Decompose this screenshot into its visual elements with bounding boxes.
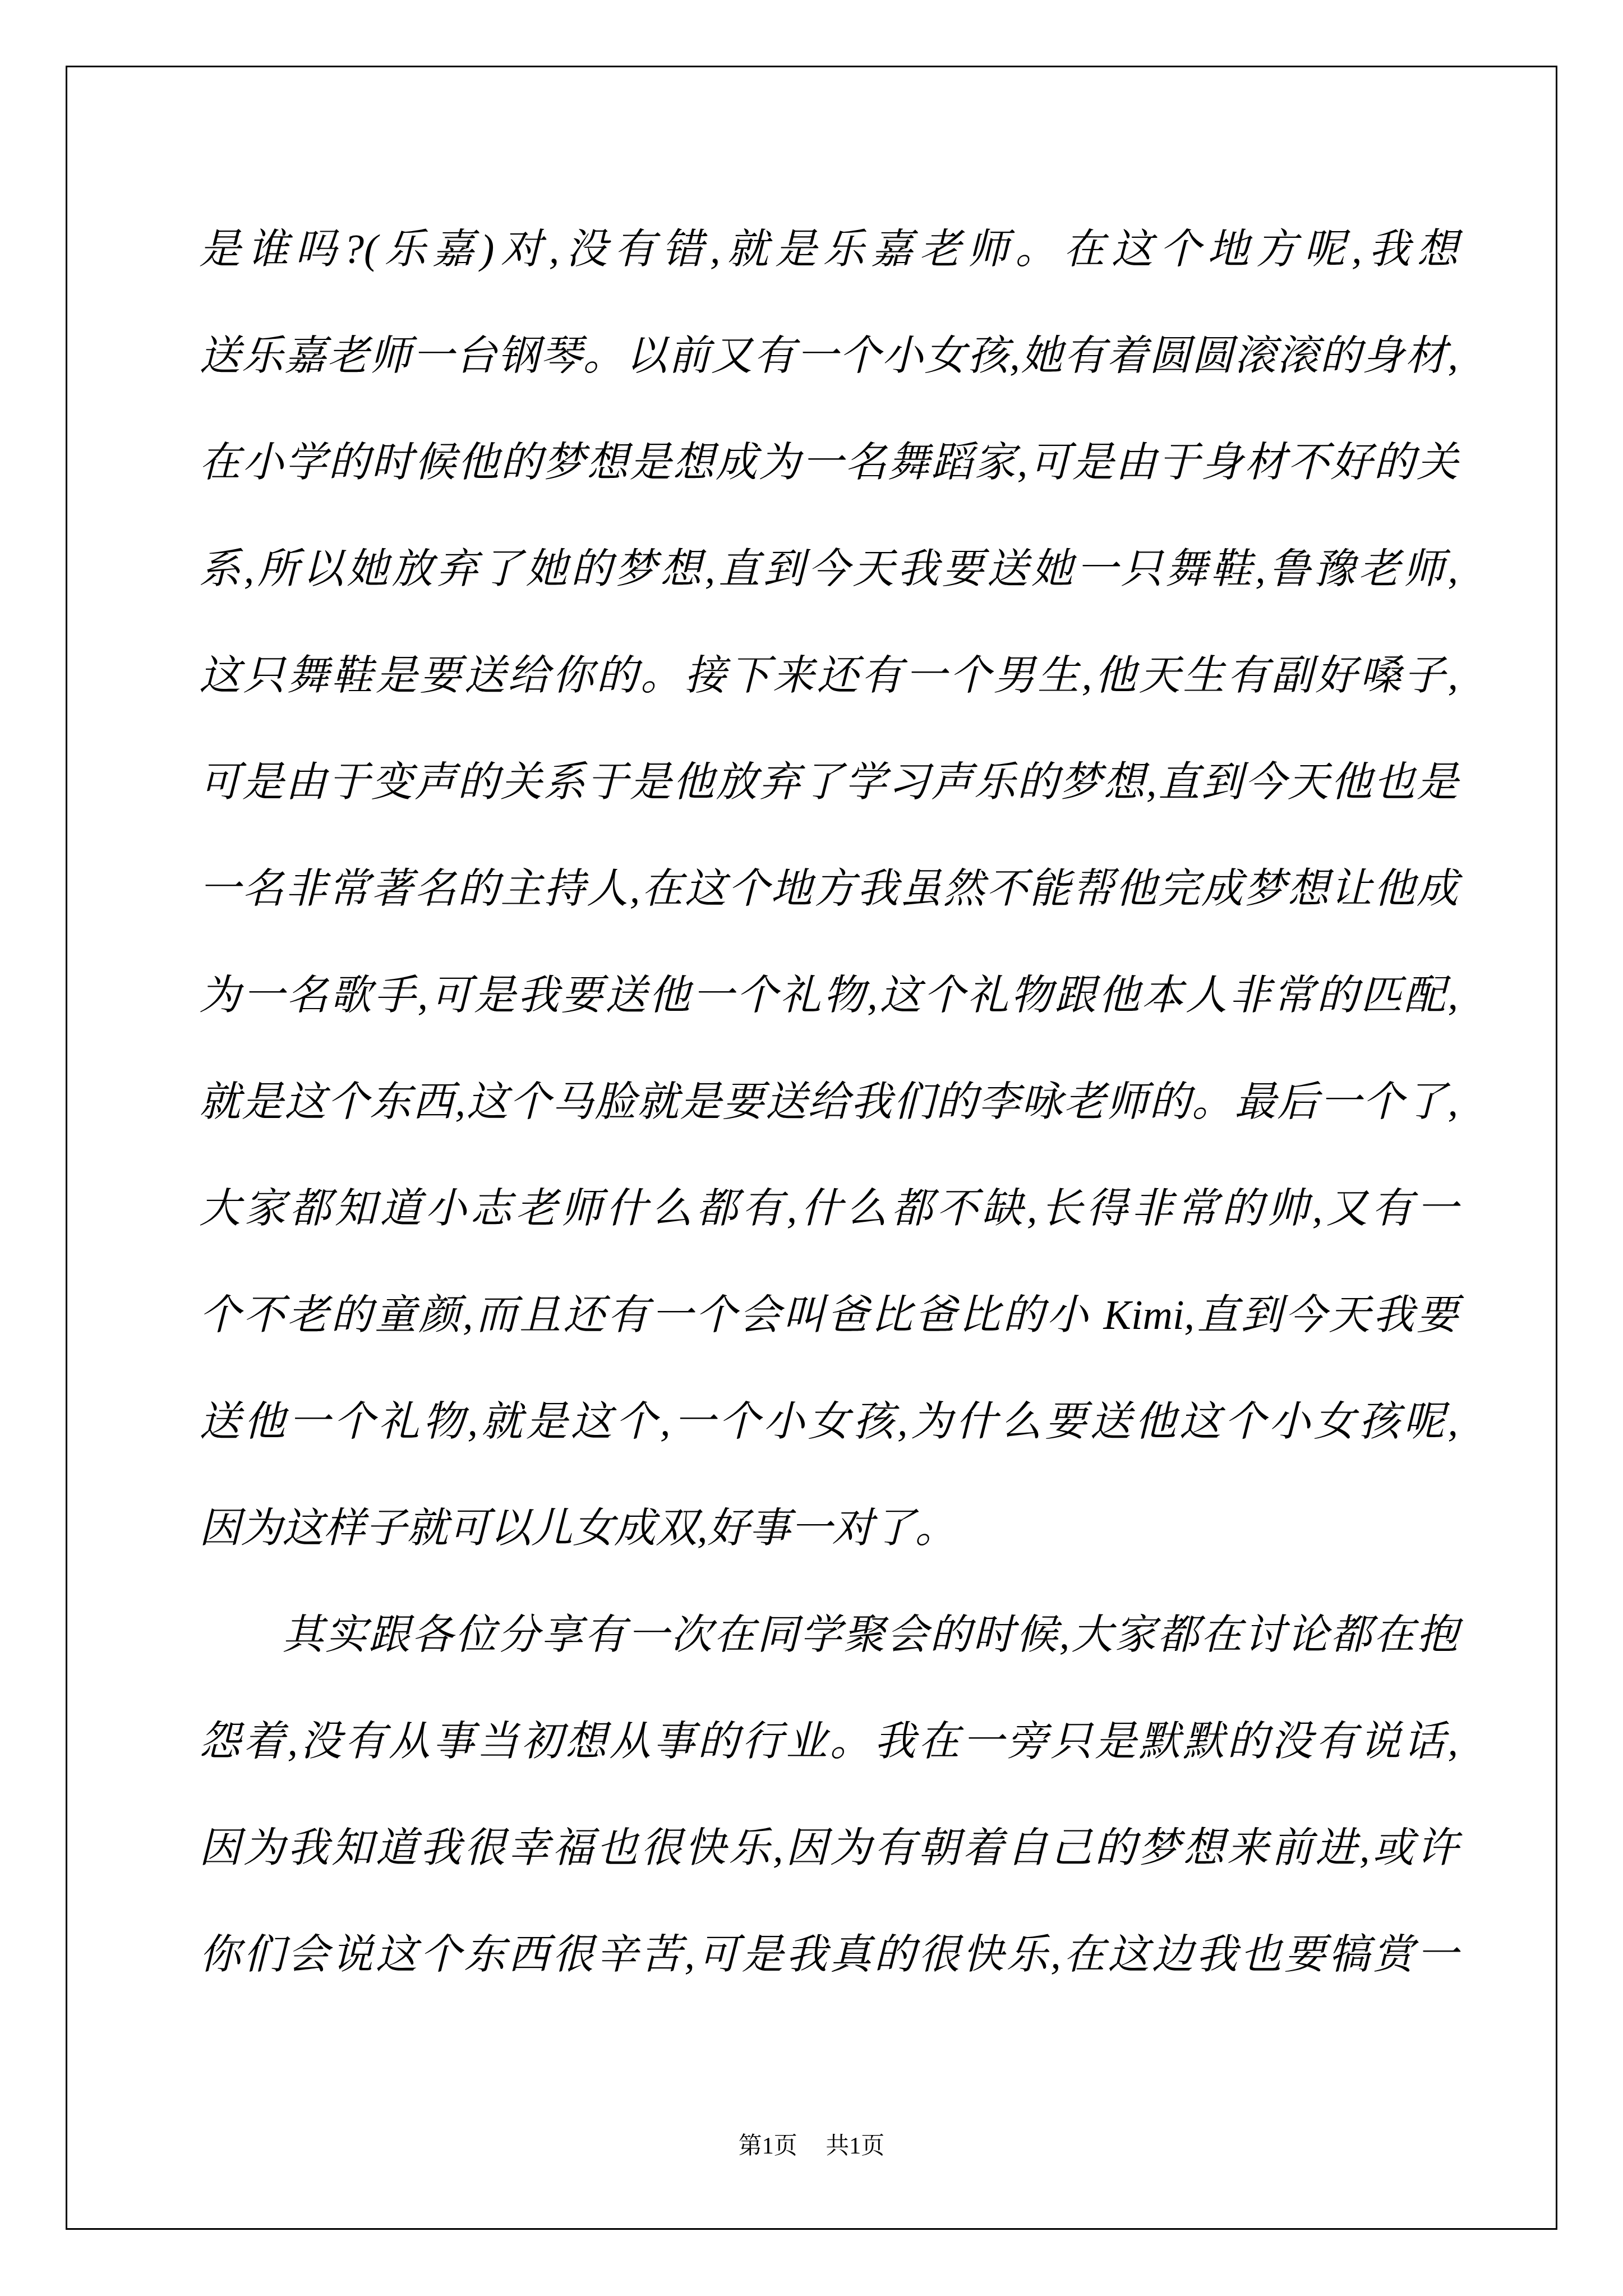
- text-line: 是谁吗?(乐嘉)对,没有错,就是乐嘉老师。在这个地方呢,我想: [199, 196, 1458, 303]
- text-line: 因为我知道我很幸福也很快乐,因为有朝着自己的梦想来前进,或许: [199, 1795, 1458, 1902]
- document-page: 是谁吗?(乐嘉)对,没有错,就是乐嘉老师。在这个地方呢,我想 送乐嘉老师一台钢琴…: [0, 0, 1623, 2296]
- text-line: 个不老的童颜,而且还有一个会叫爸比爸比的小 Kimi,直到今天我要: [199, 1262, 1458, 1369]
- text-line: 系,所以她放弃了她的梦想,直到今天我要送她一只舞鞋,鲁豫老师,: [199, 516, 1458, 623]
- page-number-label: 第1页: [739, 2129, 797, 2163]
- text-line: 你们会说这个东西很辛苦,可是我真的很快乐,在这边我也要犒赏一: [199, 1902, 1458, 2008]
- text-line: 怨着,没有从事当初想从事的行业。我在一旁只是默默的没有说话,: [199, 1688, 1458, 1795]
- text-line: 因为这样子就可以儿女成双,好事一对了。: [199, 1475, 1458, 1582]
- text-line-paragraph-start: 其实跟各位分享有一次在同学聚会的时候,大家都在讨论都在抱: [199, 1582, 1458, 1688]
- text-line: 送乐嘉老师一台钢琴。以前又有一个小女孩,她有着圆圆滚滚的身材,: [199, 303, 1458, 409]
- text-line: 为一名歌手,可是我要送他一个礼物,这个礼物跟他本人非常的匹配,: [199, 942, 1458, 1049]
- text-line: 这只舞鞋是要送给你的。接下来还有一个男生,他天生有副好嗓子,: [199, 623, 1458, 729]
- page-total-label: 共1页: [826, 2129, 884, 2163]
- text-line: 可是由于变声的关系于是他放弃了学习声乐的梦想,直到今天他也是: [199, 729, 1458, 836]
- page-footer: 第1页 共1页: [0, 2129, 1623, 2163]
- text-line: 一名非常著名的主持人,在这个地方我虽然不能帮他完成梦想让他成: [199, 836, 1458, 942]
- text-line: 大家都知道小志老师什么都有,什么都不缺,长得非常的帅,又有一: [199, 1156, 1458, 1262]
- text-line: 就是这个东西,这个马脸就是要送给我们的李咏老师的。最后一个了,: [199, 1049, 1458, 1156]
- body-text: 是谁吗?(乐嘉)对,没有错,就是乐嘉老师。在这个地方呢,我想 送乐嘉老师一台钢琴…: [199, 196, 1458, 2008]
- text-line: 送他一个礼物,就是这个,一个小女孩,为什么要送他这个小女孩呢,: [199, 1369, 1458, 1475]
- text-line: 在小学的时候他的梦想是想成为一名舞蹈家,可是由于身材不好的关: [199, 409, 1458, 516]
